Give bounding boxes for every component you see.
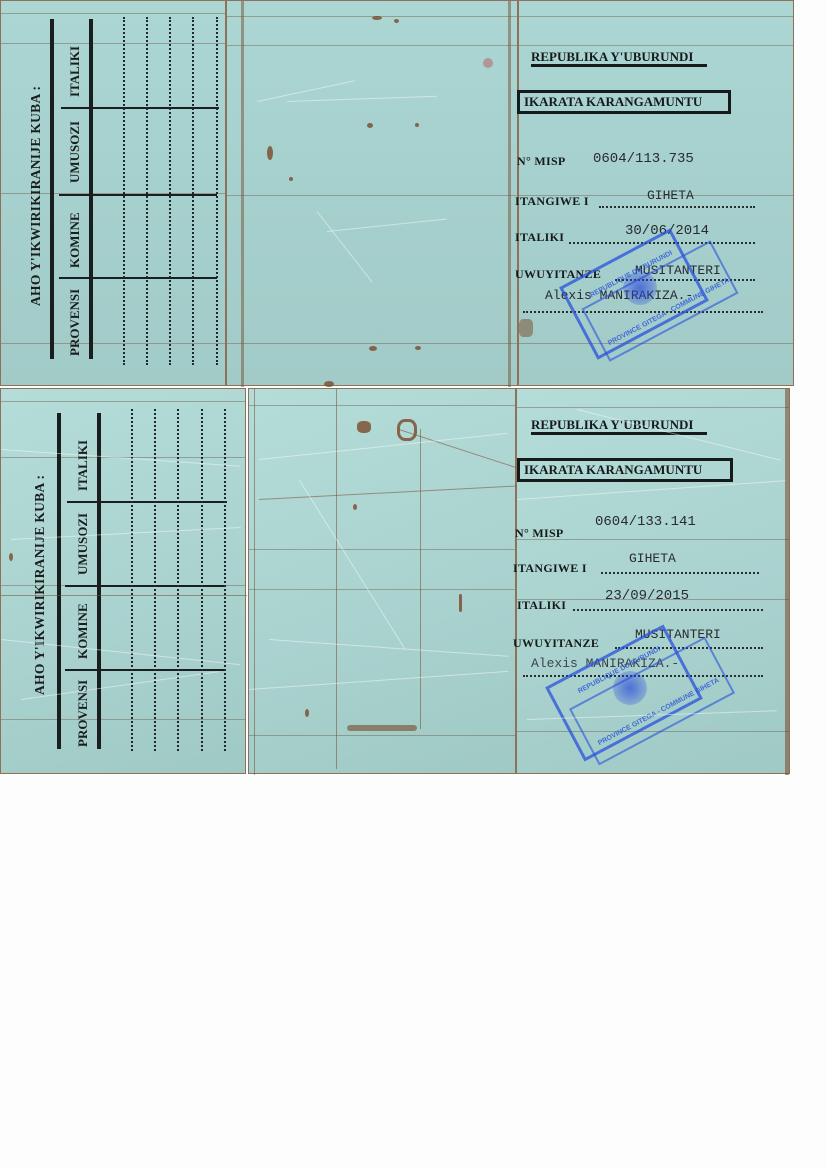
date-label: ITALIKI bbox=[517, 598, 566, 613]
card2-register-panel: AHO Y'IKWIRIKIRANIJE KUBA : PROVENSI KOM… bbox=[0, 388, 246, 774]
issued-at-label: ITANGIWE I bbox=[513, 561, 587, 576]
col-provensi: PROVENSI bbox=[67, 289, 83, 356]
issued-at-value: GIHETA bbox=[629, 551, 676, 566]
issuer-label: UWUYITANZE bbox=[513, 636, 599, 651]
card1-blank-panel bbox=[226, 0, 518, 386]
col-umusozi: UMUSOZI bbox=[75, 513, 91, 575]
republic-heading: REPUBLIKA Y'UBURUNDI bbox=[531, 417, 693, 433]
date-label: ITALIKI bbox=[515, 230, 564, 245]
card2-blank-panel bbox=[248, 388, 516, 774]
date-value: 23/09/2015 bbox=[605, 588, 689, 604]
misp-label: N° MISP bbox=[515, 526, 564, 541]
card2-front-panel: REPUBLIKA Y'UBURUNDI IKARATA KARANGAMUNT… bbox=[516, 388, 790, 774]
issued-at-value: GIHETA bbox=[647, 188, 694, 203]
col-komine: KOMINE bbox=[67, 212, 83, 268]
col-umusozi: UMUSOZI bbox=[67, 121, 83, 183]
card-title-box: IKARATA KARANGAMUNTU bbox=[517, 458, 733, 482]
misp-value: 0604/113.735 bbox=[593, 151, 694, 167]
col-italiki: ITALIKI bbox=[67, 46, 83, 97]
card-title-box: IKARATA KARANGAMUNTU bbox=[517, 90, 731, 114]
register-title: AHO Y'IKWIRIKIRANIJE KUBA : bbox=[32, 475, 48, 695]
issued-at-label: ITANGIWE I bbox=[515, 194, 589, 209]
republic-heading: REPUBLIKA Y'UBURUNDI bbox=[531, 49, 693, 65]
card1-front-panel: REPUBLIKA Y'UBURUNDI IKARATA KARANGAMUNT… bbox=[518, 0, 794, 386]
misp-label: N° MISP bbox=[517, 154, 566, 169]
register-title: AHO Y'IKWIRIKIRANIJE KUBA : bbox=[28, 86, 44, 306]
col-komine: KOMINE bbox=[75, 603, 91, 659]
col-italiki: ITALIKI bbox=[75, 440, 91, 491]
card1-register-panel: AHO Y'IKWIRIKIRANIJE KUBA : PROVENSI KOM… bbox=[0, 0, 226, 386]
misp-value: 0604/133.141 bbox=[595, 514, 696, 530]
